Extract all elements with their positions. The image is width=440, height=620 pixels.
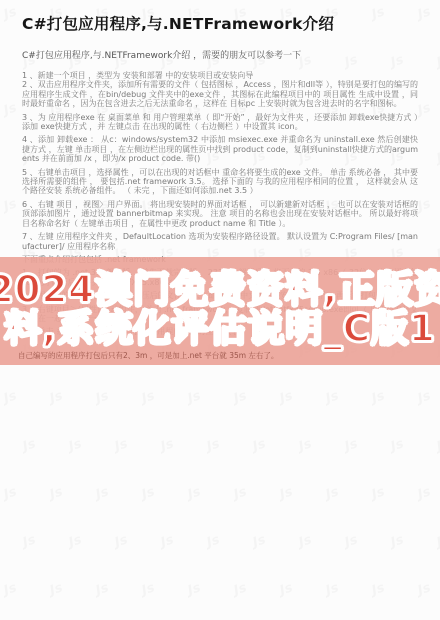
- watermark-mark: Js: [370, 484, 387, 502]
- watermark-mark: Js: [232, 388, 249, 406]
- paragraph-3: 3 、为 应用程序exe 在 桌面菜单 和 用户管理菜单（ 即“开始” ，最好为…: [22, 113, 418, 132]
- watermark-mark: Js: [389, 532, 406, 550]
- page-subtitle: C#打包应用程序,与.NETFramework介绍 ，需要的朋友可以参考一下: [22, 48, 418, 61]
- watermark-mark: Js: [278, 388, 295, 406]
- spam-overlay-text-line2[interactable]: 料,系统化评估说明_C版1: [4, 310, 435, 347]
- watermark-mark: Js: [113, 532, 130, 550]
- watermark-mark: Js: [232, 484, 249, 502]
- watermark-mark: Js: [67, 436, 84, 454]
- paragraph-7: 7 、左键 应用程序文件夹 ，DefaultLocation 选项为安装程序路径…: [22, 232, 418, 251]
- watermark-mark: Js: [48, 484, 65, 502]
- watermark-mark: Js: [205, 532, 222, 550]
- watermark-mark: Js: [297, 436, 314, 454]
- watermark-mark: Js: [140, 388, 157, 406]
- watermark-mark: Js: [186, 580, 203, 598]
- watermark-mark: Js: [21, 436, 38, 454]
- watermark-mark: Js: [186, 388, 203, 406]
- watermark-mark: Js: [278, 580, 295, 598]
- paragraph-2: 2 、双击应用程序文件夹，添加所有需要的文件（ 包括图标 ，Access ，图片…: [22, 80, 418, 108]
- watermark-mark: Js: [48, 388, 65, 406]
- watermark-mark: Js: [251, 436, 268, 454]
- watermark-mark: Js: [416, 388, 433, 406]
- watermark-mark: Js: [389, 436, 406, 454]
- watermark-mark: Js: [416, 580, 433, 598]
- spam-overlay-band: 2024澳门免费资料,正版资 料,系统化评估说明_C版1 自己编写的应用程序打包…: [0, 257, 440, 365]
- watermark-mark: Js: [278, 484, 295, 502]
- watermark-mark: Js: [297, 532, 314, 550]
- watermark-mark: Js: [67, 532, 84, 550]
- watermark-mark: Js: [2, 580, 19, 598]
- watermark-mark: Js: [48, 580, 65, 598]
- watermark-mark: Js: [94, 484, 111, 502]
- watermark-mark: Js: [343, 436, 360, 454]
- watermark-mark: Js: [416, 484, 433, 502]
- page-title: C#打包应用程序,与.NETFramework介绍: [22, 12, 418, 34]
- watermark-mark: Js: [140, 484, 157, 502]
- spam-overlay-text-line1[interactable]: 2024澳门免费资料,正版资: [0, 271, 440, 308]
- watermark-mark: Js: [370, 388, 387, 406]
- watermark-mark: Js: [324, 388, 341, 406]
- watermark-mark: Js: [159, 436, 176, 454]
- watermark-mark: Js: [2, 484, 19, 502]
- watermark-mark: Js: [343, 532, 360, 550]
- paragraph-4: 4 、添加 卸载exe ： 从c：windows/system32 中添加 ms…: [22, 135, 418, 163]
- watermark-mark: Js: [370, 580, 387, 598]
- paragraph-5: 5 、右键单击项目 ，选择属性 ，可以在出现的对话框中 重命名将要生成的exe …: [22, 168, 418, 196]
- article-page: JsJsJsJsJsJsJsJsJsJsJsJsJsJsJsJsJsJsJsJs…: [0, 0, 440, 620]
- watermark-mark: Js: [251, 532, 268, 550]
- watermark-mark: Js: [435, 532, 440, 550]
- watermark-mark: Js: [94, 388, 111, 406]
- watermark-mark: Js: [324, 484, 341, 502]
- watermark-mark: Js: [324, 580, 341, 598]
- overlay-note-text: 自己编写的应用程序打包后只有2、3m ，可是加上.net 平台就 35m 左右了…: [0, 350, 278, 361]
- watermark-mark: Js: [21, 532, 38, 550]
- watermark-mark: Js: [140, 580, 157, 598]
- watermark-mark: Js: [159, 532, 176, 550]
- watermark-mark: Js: [186, 484, 203, 502]
- watermark-mark: Js: [232, 580, 249, 598]
- watermark-mark: Js: [205, 436, 222, 454]
- watermark-mark: Js: [94, 580, 111, 598]
- watermark-mark: Js: [2, 388, 19, 406]
- paragraph-6: 6 、右键 项目 ，视图〉用户界面。 将出现安装时的界面对话框 ， 可以新建新对…: [22, 200, 418, 228]
- paragraph-1: 1 、新建一个项目 ，类型为 安装和部署 中的安装项目或安装向导: [22, 71, 418, 80]
- watermark-mark: Js: [113, 436, 130, 454]
- watermark-mark: Js: [435, 436, 440, 454]
